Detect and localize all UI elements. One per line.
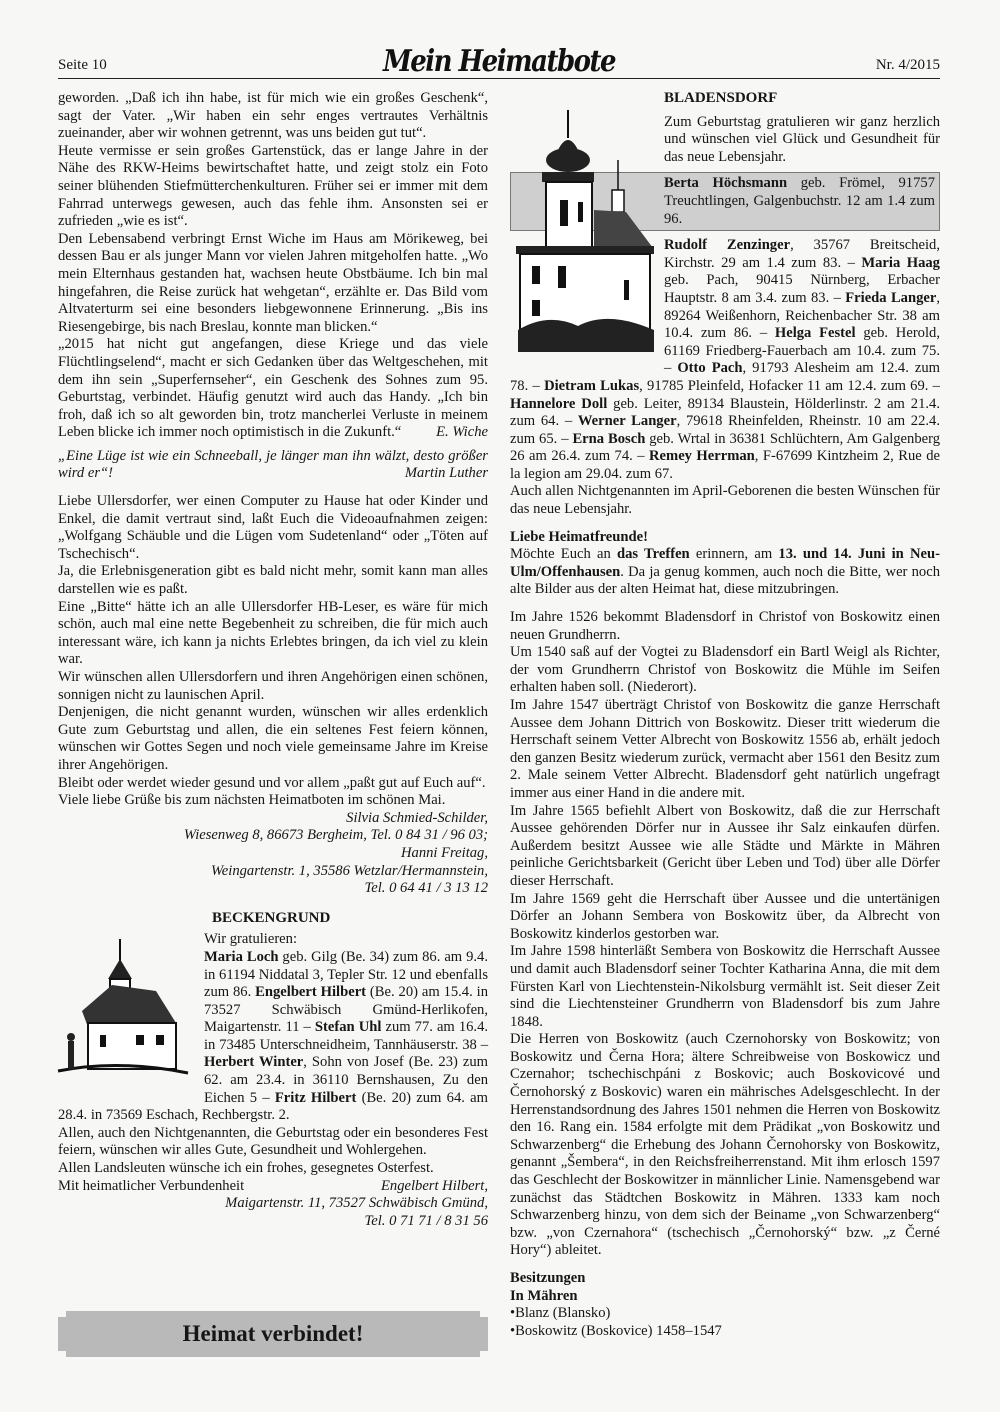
- heimat-verbindet-banner: Heimat verbindet!: [58, 1311, 488, 1357]
- chapel-illustration-icon: [48, 931, 198, 1091]
- right-column: BLADENSDORF Zum Geburtstag gratulieren w…: [510, 90, 940, 1340]
- article-paragraph: „2015 hat nicht gut angefangen, diese Kr…: [58, 336, 488, 442]
- list-item: Blanz (Blansko): [510, 1305, 940, 1323]
- heimatfreunde-heading: Liebe Heimatfreunde!: [510, 529, 940, 547]
- luther-quote: „Eine Lüge ist wie ein Schneeball, je lä…: [58, 448, 488, 483]
- list-item: Boskowitz (Boskovice) 1458–1547: [510, 1323, 940, 1341]
- page-header: Seite 10 Mein Heimatbote Nr. 4/2015: [58, 48, 940, 79]
- ullersdorf-paragraph: Denjenigen, die nicht genannt wurden, wü…: [58, 704, 488, 774]
- ullersdorf-paragraph: Liebe Ullersdorfer, wer einen Computer z…: [58, 493, 488, 563]
- history-paragraph: Im Jahre 1565 befiehlt Albert von Boskow…: [510, 803, 940, 891]
- article-author: E. Wiche: [436, 424, 488, 442]
- possessions-list: Blanz (Blansko) Boskowitz (Boskovice) 14…: [510, 1305, 940, 1340]
- history-paragraph: Im Jahre 1569 geht die Herrschaft über A…: [510, 891, 940, 944]
- history-paragraph: Im Jahre 1598 hinterläßt Sembera von Bos…: [510, 943, 940, 1031]
- ullersdorf-paragraph: Bleibt oder werdet wieder gesund und vor…: [58, 775, 488, 793]
- signature-block: Silvia Schmied-Schilder, Wiesenweg 8, 86…: [58, 810, 488, 898]
- issue-number: Nr. 4/2015: [876, 57, 940, 74]
- article-paragraph: Heute vermisse er sein großes Gartenstüc…: [58, 143, 488, 231]
- ullersdorf-paragraph: Ja, die Erlebnisgeneration gibt es bald …: [58, 563, 488, 598]
- church-illustration-icon: [508, 90, 658, 365]
- possessions-subheading: In Mähren: [510, 1288, 940, 1306]
- newspaper-page: Seite 10 Mein Heimatbote Nr. 4/2015 gewo…: [0, 0, 1000, 1412]
- possessions-heading: Besitzungen: [510, 1270, 940, 1288]
- masthead-logo: Mein Heimatbote: [383, 45, 615, 80]
- section-heading-beckengrund: BECKENGRUND: [58, 910, 488, 928]
- ullersdorf-paragraph: Viele liebe Grüße bis zum nächsten Heima…: [58, 792, 488, 810]
- history-paragraph: Um 1540 saß auf der Vogtei zu Bladensdor…: [510, 644, 940, 697]
- beckengrund-section: Wir gratulieren: Maria Loch geb. Gilg (B…: [58, 931, 488, 1230]
- article-paragraph: geworden. „Daß ich ihn habe, ist für mic…: [58, 90, 488, 143]
- left-column: geworden. „Daß ich ihn habe, ist für mic…: [58, 90, 488, 1230]
- article-paragraph: Den Lebensabend verbringt Ernst Wiche im…: [58, 231, 488, 337]
- quote-author: Martin Luther: [405, 465, 488, 483]
- ullersdorf-paragraph: Wir wünschen allen Ullersdorfern und ihr…: [58, 669, 488, 704]
- history-paragraph: Im Jahre 1547 überträgt Christof von Bos…: [510, 697, 940, 803]
- treffen-notice: Möchte Euch an das Treffen erinnern, am …: [510, 546, 940, 599]
- ullersdorf-paragraph: Eine „Bitte“ hätte ich an alle Ullersdor…: [58, 599, 488, 669]
- history-paragraph: Im Jahre 1526 bekommt Bladensdorf in Chr…: [510, 609, 940, 644]
- page-number: Seite 10: [58, 57, 107, 74]
- history-paragraph: Die Herren von Boskowitz (auch Czernohor…: [510, 1031, 940, 1260]
